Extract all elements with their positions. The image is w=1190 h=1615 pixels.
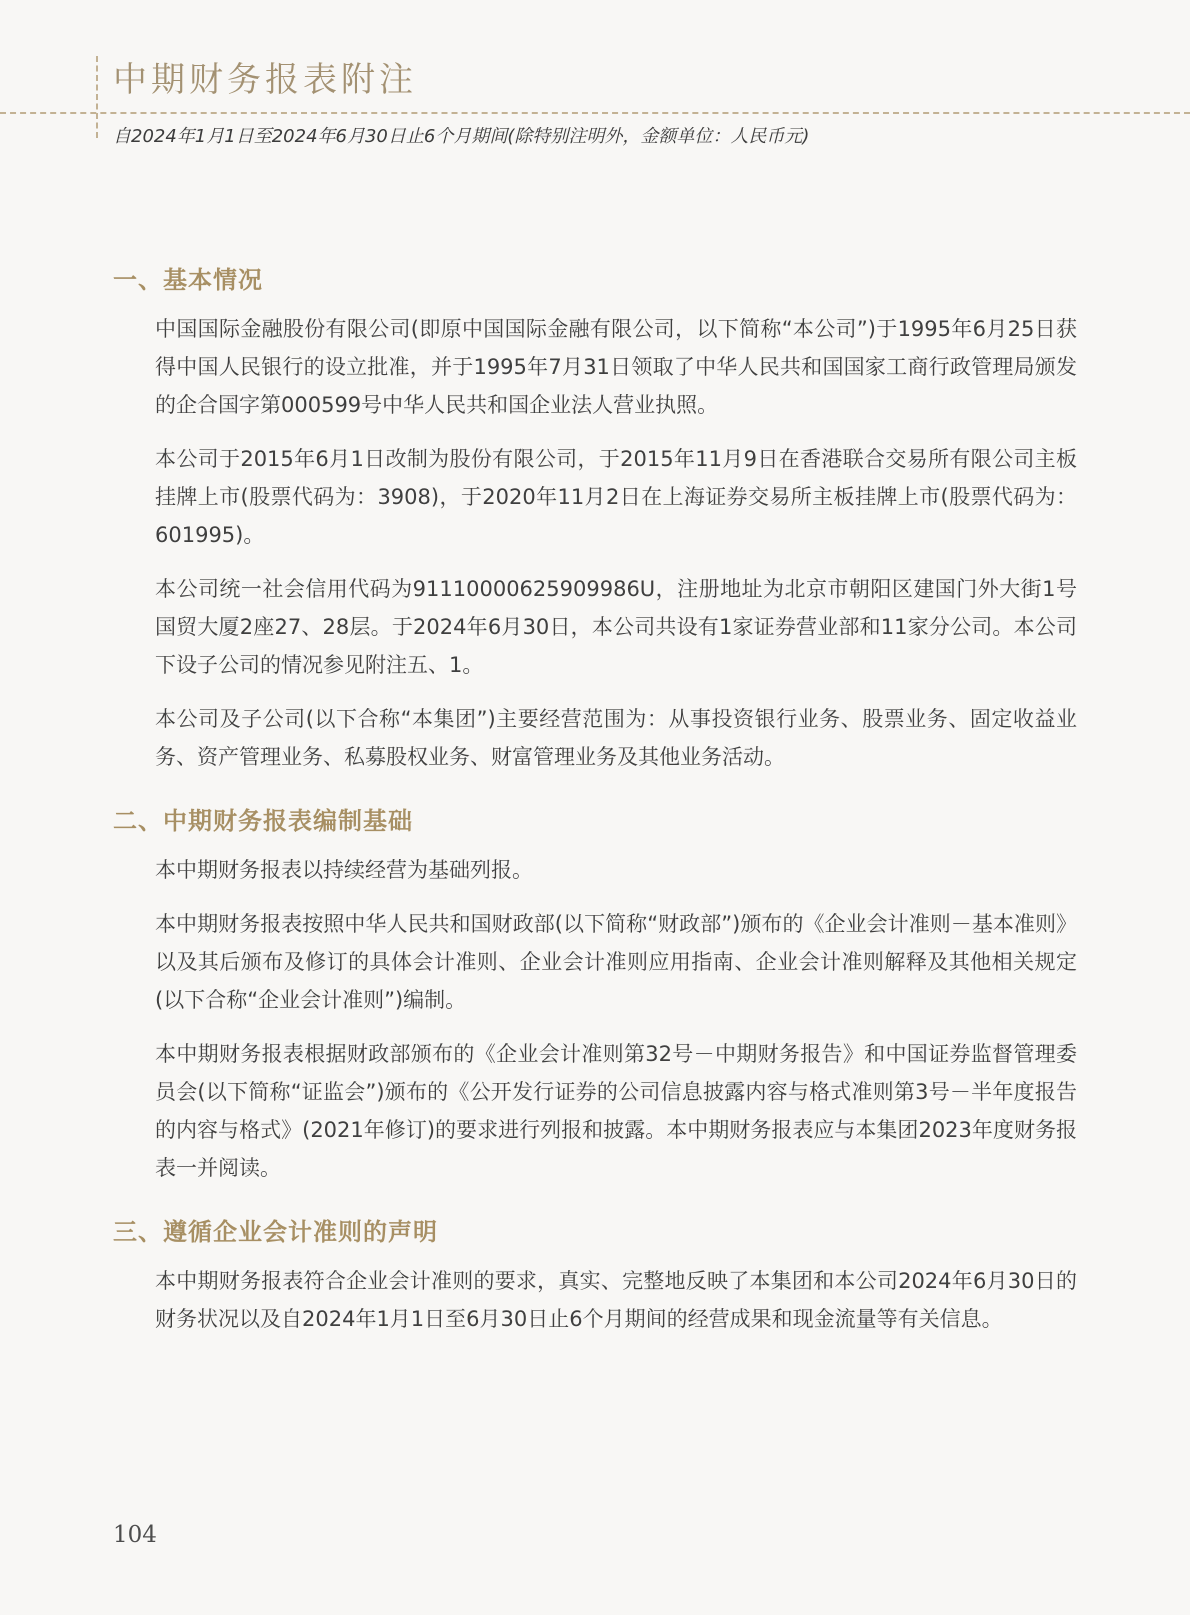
header-vertical-dash-line [96,56,98,138]
paragraph: 中国国际金融股份有限公司(即原中国国际金融有限公司，以下简称“本公司”)于199… [155,310,1077,424]
paragraph: 本中期财务报表以持续经营为基础列报。 [155,851,1077,889]
page-number: 104 [113,1522,157,1548]
paragraph: 本中期财务报表按照中华人民共和国财政部(以下简称“财政部”)颁布的《企业会计准则… [155,905,1077,1019]
paragraph: 本公司统一社会信用代码为91110000625909986U，注册地址为北京市朝… [155,570,1077,684]
page-title: 中期财务报表附注 [113,52,417,101]
section-heading: 一、基本情况 [113,265,1077,296]
paragraph: 本中期财务报表根据财政部颁布的《企业会计准则第32号－中期财务报告》和中国证券监… [155,1035,1077,1187]
paragraph: 本公司及子公司(以下合称“本集团”)主要经营范围为：从事投资银行业务、股票业务、… [155,700,1077,776]
document-body: 一、基本情况 中国国际金融股份有限公司(即原中国国际金融有限公司，以下简称“本公… [0,265,1190,1338]
page-header: 中期财务报表附注 自2024年1月1日至2024年6月30日止6个月期间(除特别… [0,0,1190,145]
paragraph: 本公司于2015年6月1日改制为股份有限公司，于2015年11月9日在香港联合交… [155,440,1077,554]
section-preparation-basis: 二、中期财务报表编制基础 本中期财务报表以持续经营为基础列报。 本中期财务报表按… [0,806,1190,1187]
page-subtitle: 自2024年1月1日至2024年6月30日止6个月期间(除特别注明外，金额单位：… [113,122,809,148]
section-basic-information: 一、基本情况 中国国际金融股份有限公司(即原中国国际金融有限公司，以下简称“本公… [0,265,1190,776]
document-page: 中期财务报表附注 自2024年1月1日至2024年6月30日止6个月期间(除特别… [0,0,1190,1615]
section-heading: 二、中期财务报表编制基础 [113,806,1077,837]
section-heading: 三、遵循企业会计准则的声明 [113,1217,1077,1248]
header-divider-dash-line [0,112,1190,114]
section-compliance-statement: 三、遵循企业会计准则的声明 本中期财务报表符合企业会计准则的要求，真实、完整地反… [0,1217,1190,1338]
paragraph: 本中期财务报表符合企业会计准则的要求，真实、完整地反映了本集团和本公司2024年… [155,1262,1077,1338]
